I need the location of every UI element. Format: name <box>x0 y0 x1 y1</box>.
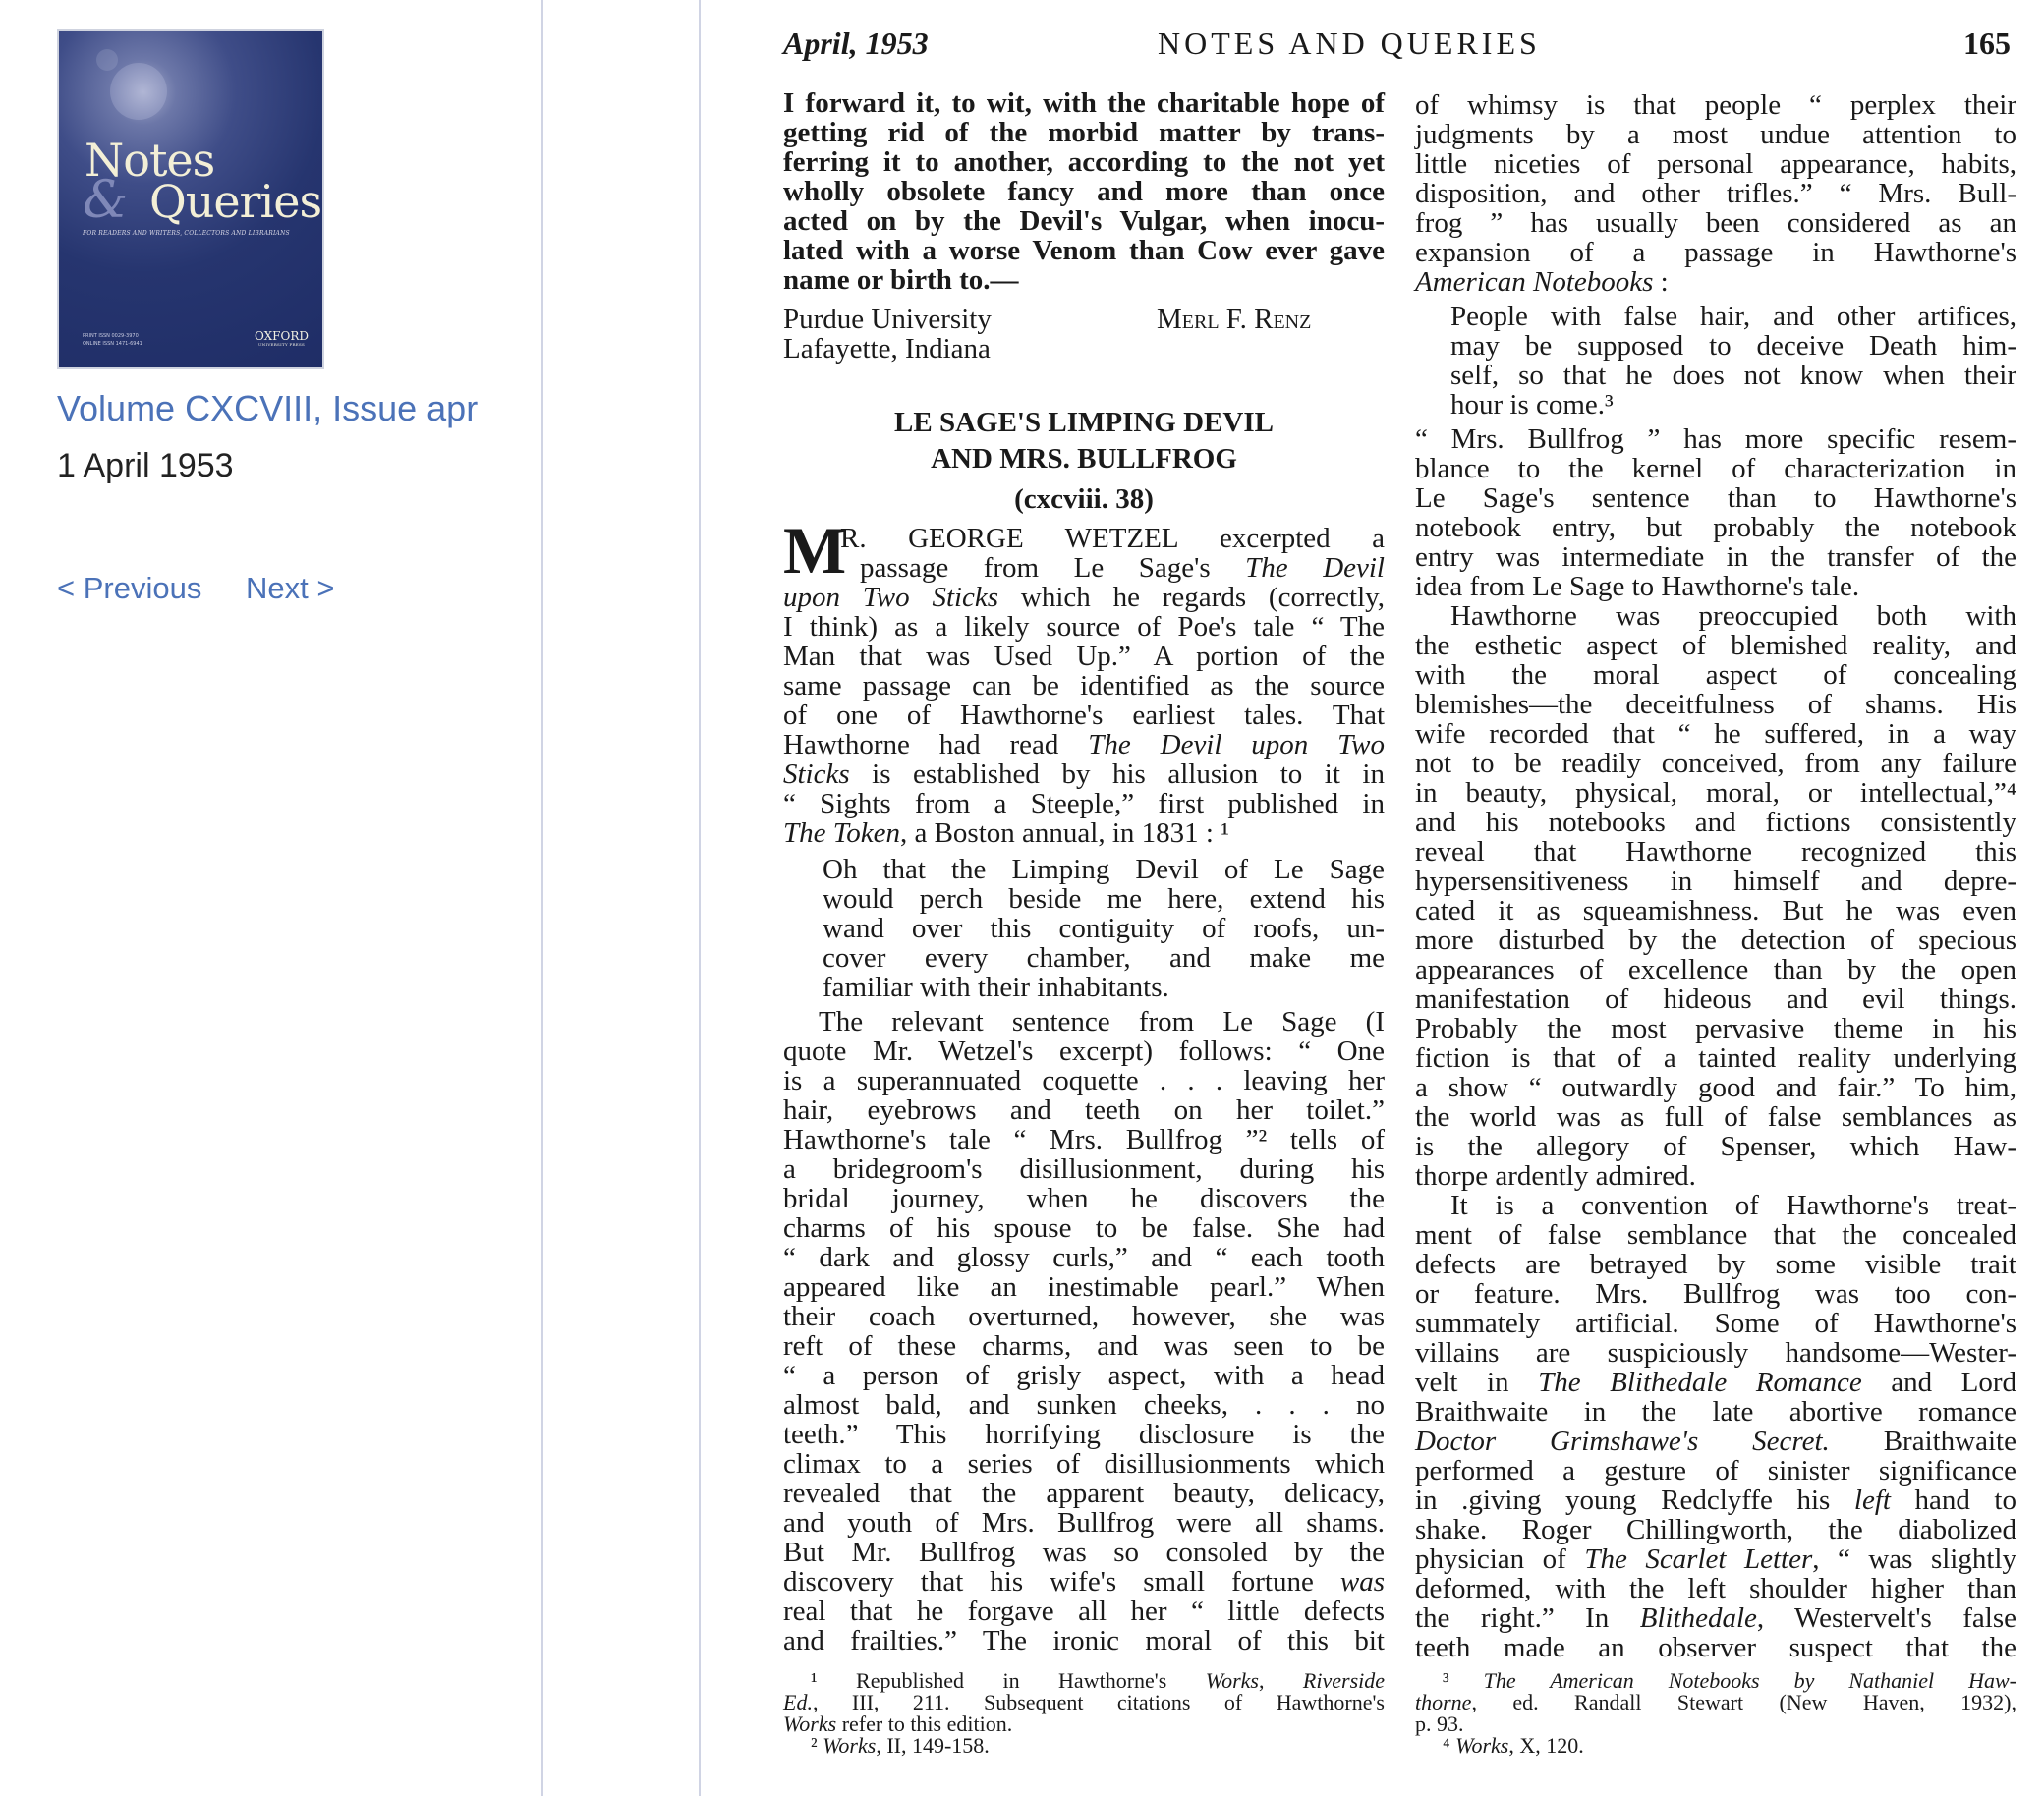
text-line: same passage can be identified as the so… <box>783 671 1385 701</box>
text-line: I forward it, to wit, with the charitabl… <box>783 88 1385 118</box>
cover-ampersand: & <box>83 171 128 230</box>
text-line: bridal journey, when he discovers the <box>783 1184 1385 1213</box>
cover-issn-print: PRINT ISSN 0029-3970 <box>83 332 142 340</box>
volume-issue-link[interactable]: Volume CXCVIII, Issue apr <box>57 388 478 429</box>
article-title: LE SAGE'S LIMPING DEVIL <box>783 408 1385 437</box>
footnote-line: p. 93. <box>1415 1713 2016 1735</box>
text-line: manifestation of hideous and evil things… <box>1415 984 2016 1014</box>
text-line: or feature. Mrs. Bullfrog was too con- <box>1415 1279 2016 1309</box>
sidebar-divider <box>541 0 543 1796</box>
text-line: is a superannuated coquette . . . leavin… <box>783 1066 1385 1095</box>
text-line: The relevant sentence from Le Sage (I <box>819 1007 1385 1037</box>
article-reference: (cxcviii. 38) <box>783 484 1385 514</box>
text-line: Le Sage's sentence than to Hawthorne's <box>1415 483 2016 513</box>
text-line: blance to the kernel of characterization… <box>1415 454 2016 483</box>
footnote-line: ³ The American Notebooks by Nathaniel Ha… <box>1443 1670 2016 1692</box>
text-line: and youth of Mrs. Bullfrog were all sham… <box>783 1508 1385 1538</box>
drop-cap: M <box>783 521 846 580</box>
quote-line: would perch beside me here, extend his <box>823 884 1385 914</box>
article-title: AND MRS. BULLFROG <box>783 444 1385 474</box>
text-line: thorpe ardently admired. <box>1415 1161 2016 1191</box>
quote-line: self, so that he does not know when thei… <box>1450 361 2016 390</box>
text-line: and frailties.” The ironic moral of this… <box>783 1626 1385 1656</box>
text-line: R. GEORGE WETZEL excerpted a <box>840 524 1385 553</box>
text-line: teeth made an observer suspect that the <box>1415 1633 2016 1662</box>
text-line: almost bald, and sunken cheeks, . . . no <box>783 1390 1385 1420</box>
text-line: The Token, a Boston annual, in 1831 : ¹ <box>783 818 1385 848</box>
text-line: Hawthorne had read The Devil upon Two <box>783 730 1385 759</box>
publisher-logo: OXFORD UNIVERSITY PRESS <box>255 330 309 348</box>
text-line: “ a person of grisly aspect, with a head <box>783 1361 1385 1390</box>
text-line: the right.” In Blithedale, Westervelt's … <box>1415 1603 2016 1633</box>
text-line: performed a gesture of sinister signific… <box>1415 1456 2016 1486</box>
text-line: appearances of excellence than by the op… <box>1415 955 2016 984</box>
text-line: is the allegory of Spenser, which Haw- <box>1415 1132 2016 1161</box>
text-line: revealed that the apparent beauty, delic… <box>783 1479 1385 1508</box>
text-line: “ Sights from a Steeple,” first publishe… <box>783 789 1385 818</box>
text-line: acted on by the Devil's Vulgar, when ino… <box>783 206 1385 236</box>
text-line: passage from Le Sage's The Devil <box>860 553 1385 583</box>
quote-line: wand over this contiguity of roofs, un- <box>823 914 1385 943</box>
text-line: their coach overturned, however, she was <box>783 1302 1385 1331</box>
cover-title-queries: Queries <box>149 175 321 228</box>
text-line: frog ” has usually been considered as an <box>1415 208 2016 238</box>
text-line: blemishes—the deceitfulness of shams. Hi… <box>1415 690 2016 719</box>
text-line: a show “ outwardly good and fair.” To hi… <box>1415 1073 2016 1102</box>
text-line: Man that was Used Up.” A portion of the <box>783 642 1385 671</box>
text-line: defects are betrayed by some visible tra… <box>1415 1250 2016 1279</box>
text-line: of whimsy is that people “ perplex their <box>1415 90 2016 120</box>
text-line: reft of these charms, and was seen to be <box>783 1331 1385 1361</box>
author-affiliation: Lafayette, Indiana <box>783 334 1385 364</box>
text-line: upon Two Sticks which he regards (correc… <box>783 583 1385 612</box>
text-line: American Notebooks : <box>1415 267 2016 297</box>
text-line: a bridegroom's disillusionment, during h… <box>783 1154 1385 1184</box>
text-line: disposition, and other trifles.” “ Mrs. … <box>1415 179 2016 208</box>
publisher-name: OXFORD <box>255 329 309 343</box>
text-line: getting rid of the morbid matter by tran… <box>783 118 1385 147</box>
text-line: I think) as a likely source of Poe's tal… <box>783 612 1385 642</box>
text-line: and his notebooks and fictions consisten… <box>1415 808 2016 837</box>
text-line: with the moral aspect of concealing <box>1415 660 2016 690</box>
next-issue-link[interactable]: Next > <box>246 571 334 606</box>
text-line: fiction is that of a tainted reality und… <box>1415 1043 2016 1073</box>
journal-cover-image[interactable]: Notes & Queries FOR READERS AND WRITERS,… <box>57 29 324 369</box>
text-line: ment of false semblance that the conceal… <box>1415 1220 2016 1250</box>
text-line: charms of his spouse to be false. She ha… <box>783 1213 1385 1243</box>
cover-issn-online: ONLINE ISSN 1471-6941 <box>83 340 142 348</box>
text-line: climax to a series of disillusionments w… <box>783 1449 1385 1479</box>
text-line: appeared like an inestimable pearl.” Whe… <box>783 1272 1385 1302</box>
text-line: in beauty, physical, moral, or intellect… <box>1415 778 2016 808</box>
text-line: entry was intermediate in the transfer o… <box>1415 542 2016 572</box>
text-line: the world was as full of false semblance… <box>1415 1102 2016 1132</box>
running-head-date: April, 1953 <box>783 26 929 62</box>
text-line: real that he forgave all her “ little de… <box>783 1597 1385 1626</box>
quote-line: may be supposed to deceive Death him- <box>1450 331 2016 361</box>
text-line: Probably the most pervasive theme in his <box>1415 1014 2016 1043</box>
text-line: deformed, with the left shoulder higher … <box>1415 1574 2016 1603</box>
text-line: of one of Hawthorne's earliest tales. Th… <box>783 701 1385 730</box>
footnote-line: ⁴ Works, X, 120. <box>1443 1735 2016 1757</box>
text-line: hair, eyebrows and teeth on her toilet.” <box>783 1095 1385 1125</box>
text-line: Doctor Grimshawe's Secret. Braithwaite <box>1415 1427 2016 1456</box>
text-line: villains are suspiciously handsome—Weste… <box>1415 1338 2016 1368</box>
issue-date: 1 April 1953 <box>57 447 234 485</box>
text-line: summately artificial. Some of Hawthorne'… <box>1415 1309 2016 1338</box>
text-line: shake. Roger Chillingworth, the diaboliz… <box>1415 1515 2016 1544</box>
page-number: 165 <box>1963 26 2011 62</box>
text-line: cated it as squeamishness. But he was ev… <box>1415 896 2016 926</box>
text-line: “ Mrs. Bullfrog ” has more specific rese… <box>1415 424 2016 454</box>
text-line: ferring it to another, according to the … <box>783 147 1385 177</box>
text-line: Braithwaite in the late abortive romance <box>1415 1397 2016 1427</box>
text-line: hypersensitiveness in himself and depre- <box>1415 867 2016 896</box>
text-line: wife recorded that “ he suffered, in a w… <box>1415 719 2016 749</box>
footnote-line: Works refer to this edition. <box>783 1713 1385 1735</box>
text-line: wholly obsolete fancy and more than once <box>783 177 1385 206</box>
quote-line: cover every chamber, and make me <box>823 943 1385 973</box>
scanned-article-page: April, 1953 NOTES AND QUERIES 165 I forw… <box>701 0 2044 1796</box>
text-line: teeth.” This horrifying disclosure is th… <box>783 1420 1385 1449</box>
text-line: expansion of a passage in Hawthorne's <box>1415 238 2016 267</box>
footnote-line: ¹ Republished in Hawthorne's Works, Rive… <box>811 1670 1385 1692</box>
quote-line: familiar with their inhabitants. <box>823 973 1385 1002</box>
quote-line: Oh that the Limping Devil of Le Sage <box>823 855 1385 884</box>
text-line: in .giving young Redclyffe his left hand… <box>1415 1486 2016 1515</box>
issue-sidebar: Notes & Queries FOR READERS AND WRITERS,… <box>0 0 541 1796</box>
text-line: Sticks is established by his allusion to… <box>783 759 1385 789</box>
publisher-sub: UNIVERSITY PRESS <box>255 342 309 348</box>
quote-line: hour is come.³ <box>1450 390 2016 420</box>
text-line: quote Mr. Wetzel's excerpt) follows: “ O… <box>783 1037 1385 1066</box>
text-line: reveal that Hawthorne recognized this <box>1415 837 2016 867</box>
text-line: physician of The Scarlet Letter, “ was s… <box>1415 1544 2016 1574</box>
text-line: notebook entry, but probably the noteboo… <box>1415 513 2016 542</box>
text-line: not to be readily conceived, from any fa… <box>1415 749 2016 778</box>
footnote-line: ² Works, II, 149-158. <box>811 1735 1385 1757</box>
text-line: discovery that his wife's small fortune … <box>783 1567 1385 1597</box>
cover-issn: PRINT ISSN 0029-3970 ONLINE ISSN 1471-69… <box>83 332 142 348</box>
previous-issue-link[interactable]: < Previous <box>57 571 201 606</box>
text-line: lated with a worse Venom than Cow ever g… <box>783 236 1385 265</box>
cover-decoration <box>110 63 167 120</box>
author-name: Merl F. Renz <box>1157 305 1311 334</box>
text-line: judgments by a most undue attention to <box>1415 120 2016 149</box>
text-line: name or birth to.— <box>783 265 1385 295</box>
text-line: It is a convention of Hawthorne's treat- <box>1450 1191 2016 1220</box>
cover-decoration <box>96 49 118 71</box>
running-head-journal: NOTES AND QUERIES <box>1158 26 1541 62</box>
text-line: Hawthorne was preoccupied both with <box>1450 601 2016 631</box>
footnote-line: thorne, ed. Randall Stewart (New Haven, … <box>1415 1692 2016 1713</box>
text-line: “ dark and glossy curls,” and “ each too… <box>783 1243 1385 1272</box>
text-line: Hawthorne's tale “ Mrs. Bullfrog ”² tell… <box>783 1125 1385 1154</box>
text-line: more disturbed by the detection of speci… <box>1415 926 2016 955</box>
text-line: velt in The Blithedale Romance and Lord <box>1415 1368 2016 1397</box>
text-line: idea from Le Sage to Hawthorne's tale. <box>1415 572 2016 601</box>
footnote-line: Ed., III, 211. Subsequent citations of H… <box>783 1692 1385 1713</box>
cover-tagline: FOR READERS AND WRITERS, COLLECTORS AND … <box>83 230 309 237</box>
text-line: the esthetic aspect of blemished reality… <box>1415 631 2016 660</box>
quote-line: People with false hair, and other artifi… <box>1450 302 2016 331</box>
text-line: little niceties of personal appearance, … <box>1415 149 2016 179</box>
text-line: But Mr. Bullfrog was so consoled by the <box>783 1538 1385 1567</box>
